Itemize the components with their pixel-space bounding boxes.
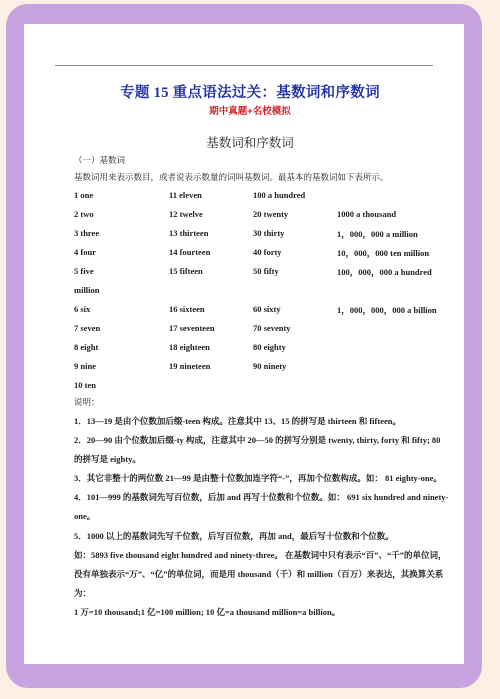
table-cell: 18 eighteen xyxy=(169,342,210,352)
table-cell: 10，000，000 ten million xyxy=(337,247,429,259)
table-cell: 1 one xyxy=(74,190,93,200)
note-line: 如：5893 five thousand eight hundred and n… xyxy=(74,549,447,561)
note-line: 2．20—90 由个位数加后缀-ty 构成，注意其中 20—50 的拼写分别是 … xyxy=(74,434,440,446)
intro-paragraph: 基数词用来表示数目，或者说表示数量的词叫基数词。最基本的基数词如下表所示。 xyxy=(74,171,389,183)
notes-label: 说明： xyxy=(74,396,100,408)
table-cell: 4 four xyxy=(74,247,96,257)
note-line: 1 万=10 thousand;1 亿=100 million; 10 亿=a … xyxy=(74,606,340,618)
table-cell: 100，000，000 a hundred xyxy=(337,266,432,278)
note-line: 为： xyxy=(74,587,91,599)
table-cell: 16 sixteen xyxy=(169,304,205,314)
table-cell: 1，000，000 a million xyxy=(337,228,418,240)
subheading: （一）基数词 xyxy=(74,154,125,166)
table-cell: 3 three xyxy=(74,228,99,238)
table-cell: 1，000，000，000 a billion xyxy=(337,304,437,316)
table-cell: 50 fifty xyxy=(253,266,279,276)
table-cell: 11 eleven xyxy=(169,190,202,200)
table-cell: 90 ninety xyxy=(253,361,286,371)
table-cell: 2 two xyxy=(74,209,94,219)
table-cell: 10 ten xyxy=(74,380,96,390)
table-cell: 40 forty xyxy=(253,247,282,257)
table-cell: 15 fifteen xyxy=(169,266,203,276)
table-cell: 6 six xyxy=(74,304,90,314)
note-line: 4．101—999 的基数词先写百位数，后加 and 再写十位数和个位数。如： … xyxy=(74,491,448,503)
note-line: 5．1000 以上的基数词先写千位数，后写百位数，再加 and，最后写十位数和个… xyxy=(74,530,394,542)
section-title: 基数词和序数词 xyxy=(0,133,500,151)
table-cell: 80 eighty xyxy=(253,342,286,352)
table-cell: 100 a hundred xyxy=(253,190,305,200)
table-cell: 7 seven xyxy=(74,323,100,333)
table-cell: 17 seventeen xyxy=(169,323,215,333)
table-cell: 8 eight xyxy=(74,342,98,352)
note-line: 没有单独表示“万”、“亿”的单位词，而是用 thousand（千）和 milli… xyxy=(74,568,443,580)
table-cell: 14 fourteen xyxy=(169,247,210,257)
table-cell: 13 thirteen xyxy=(169,228,208,238)
table-cell: 60 sixty xyxy=(253,304,281,314)
note-line: 3．其它非整十的两位数 21—99 是由整十位数加连字符“-”，再加个位数构成。… xyxy=(74,472,442,484)
table-cell: 19 nineteen xyxy=(169,361,210,371)
table-cell: 30 thirty xyxy=(253,228,284,238)
table-cell: 9 nine xyxy=(74,361,96,371)
document-subtitle: 期中真题+名校模拟 xyxy=(0,103,500,117)
header-rule xyxy=(55,65,433,66)
table-cell: million xyxy=(74,285,100,295)
table-cell: 1000 a thousand xyxy=(337,209,396,219)
note-line: one。 xyxy=(74,510,95,522)
table-cell: 5 five xyxy=(74,266,94,276)
table-cell: 12 twelve xyxy=(169,209,203,219)
note-line: 的拼写是 eighty。 xyxy=(74,453,141,465)
document-title: 专题 15 重点语法过关：基数词和序数词 xyxy=(0,81,500,102)
note-line: 1．13—19 是由个位数加后缀-teen 构成。注意其中 13、15 的拼写是… xyxy=(74,415,401,427)
table-cell: 20 twenty xyxy=(253,209,288,219)
table-cell: 70 seventy xyxy=(253,323,291,333)
